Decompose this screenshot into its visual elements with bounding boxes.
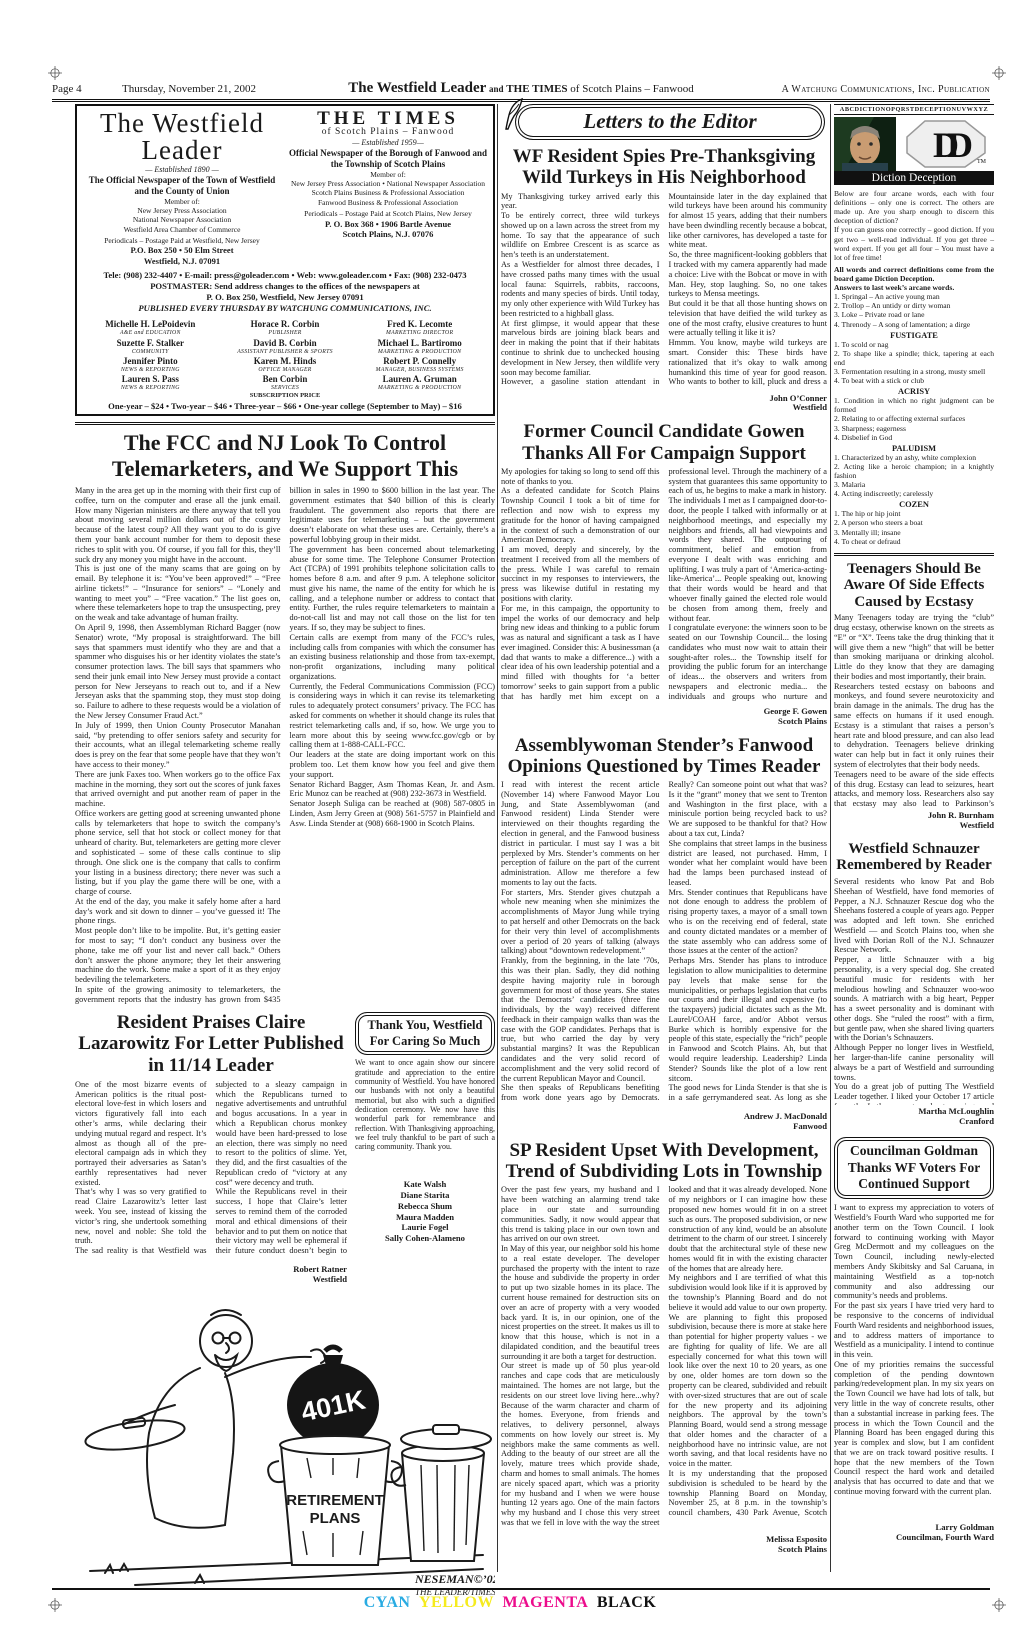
article-body: Several residents who know Pat and Bob S… bbox=[834, 877, 994, 1105]
goldman-article: Councilman Goldman Thanks WF Voters For … bbox=[834, 1137, 994, 1543]
diction-header: DD TM bbox=[834, 117, 994, 171]
signature-name: George F. Gowen bbox=[764, 706, 827, 716]
running-head: Page 4 Thursday, November 21, 2002 The W… bbox=[52, 80, 990, 98]
diction-alphabet-strip: ABCDICTIONOPQRSTDECEPTIONUVWXYZ bbox=[834, 104, 994, 115]
signature-name: Martha McLoughlin bbox=[918, 1106, 994, 1116]
diction-caption: Diction Deception bbox=[834, 171, 994, 185]
goldman-box-title: Councilman Goldman Thanks WF Voters For … bbox=[834, 1137, 994, 1200]
letter-headline: SP Resident Upset With Development, Tren… bbox=[501, 1140, 827, 1183]
times-title: THE TIMES bbox=[289, 110, 487, 127]
cartoonist-signature: NESEMAN©’02 bbox=[414, 1572, 495, 1586]
right-column: ABCDICTIONOPQRSTDECEPTIONUVWXYZ DD TM Di… bbox=[834, 104, 994, 1543]
letter-stender: Assemblywoman Stender’s Fanwood Opinions… bbox=[501, 735, 827, 1132]
color-registration-bar: CYAN YELLOW MAGENTA BLACK bbox=[0, 1594, 1020, 1612]
masthead-box: The Westfield Leader — Established 1890 … bbox=[75, 104, 495, 416]
registration-mark-icon bbox=[992, 66, 1006, 80]
signature-name: John O’Conner bbox=[769, 393, 827, 403]
cartoon-illustration: 401K RETIREMENT PLANS bbox=[75, 1293, 495, 1601]
letters-column: Letters to the Editor WF Resident Spies … bbox=[501, 104, 827, 1555]
signature-place: Scotch Plains bbox=[778, 1544, 827, 1554]
registration-mark-icon bbox=[48, 66, 62, 80]
signature-name: Larry Goldman bbox=[936, 1522, 995, 1532]
diction-word-3: PALUDISM1. Characterized by an ashy, whi… bbox=[834, 444, 994, 499]
letter-turkeys: WF Resident Spies Pre-Thanksgiving Wild … bbox=[501, 146, 827, 413]
signature-place: Cranford bbox=[959, 1116, 994, 1126]
editorial-headline: The FCC and NJ Look To Control Telemarke… bbox=[96, 430, 474, 481]
svg-text:TM: TM bbox=[977, 159, 987, 165]
ecstasy-article: Teenagers Should Be Aware Of Side Effect… bbox=[834, 553, 994, 831]
cartoon-can-label-2: PLANS bbox=[310, 1510, 361, 1527]
black-label: BLACK bbox=[597, 1594, 656, 1611]
letter-gowen: Former Council Candidate Gowen Thanks Al… bbox=[501, 421, 827, 726]
diction-word-1: FUSTIGATE1. To scold or nag 2. To shape … bbox=[834, 331, 994, 386]
lazarowitz-headline: Resident Praises Claire Lazarowitz For L… bbox=[75, 1012, 347, 1076]
running-title: The Westfield Leader and THE TIMES of Sc… bbox=[322, 80, 720, 97]
contact-block: Tele: (908) 232-4407 • E-mail: press@gol… bbox=[83, 270, 487, 315]
article-headline: Westfield Schnauzer Remembered by Reader bbox=[834, 841, 994, 874]
signature-place: Scotch Plains bbox=[778, 716, 827, 726]
diction-answers-header: Answers to last week’s arcane words. bbox=[834, 283, 994, 292]
signature-place: Westfield bbox=[313, 1274, 347, 1284]
editorial-cartoon: 401K RETIREMENT PLANS bbox=[75, 1293, 495, 1606]
diction-word-4: COZEN1. The hip or hip joint 2. A person… bbox=[834, 500, 994, 545]
thank-you-names: Kate Walsh Diane Starita Rebecca Shum Ma… bbox=[355, 1179, 495, 1243]
diction-word-2: ACRISY1. Condition in which no right jud… bbox=[834, 387, 994, 442]
article-body: Many Teenagers today are trying the “clu… bbox=[834, 613, 994, 809]
thank-you-column: Thank You, Westfield For Caring So Much … bbox=[355, 1012, 495, 1285]
signature-place: Westfield bbox=[960, 820, 994, 830]
article-headline: Teenagers Should Be Aware Of Side Effect… bbox=[834, 561, 994, 611]
signature-place: Fanwood bbox=[793, 1121, 827, 1131]
article-body: I want to express my appreciation to vot… bbox=[834, 1203, 994, 1521]
signature-name: John R. Burnham bbox=[928, 810, 994, 820]
signature-place: Westfield bbox=[793, 402, 827, 412]
lazarowitz-section: Resident Praises Claire Lazarowitz For L… bbox=[75, 1012, 495, 1285]
masthead-leader: The Westfield Leader — Established 1890 … bbox=[83, 110, 281, 267]
lazarowitz-body: One of the most bizarre events of Americ… bbox=[75, 1080, 347, 1263]
column-rule bbox=[830, 104, 831, 1572]
subscription-price: One-year – $24 • Two-year – $46 • Three-… bbox=[83, 401, 487, 411]
editorial-body: Many in the area get up in the morning w… bbox=[75, 486, 495, 1006]
magenta-label: MAGENTA bbox=[502, 1594, 588, 1611]
letter-headline: Former Council Candidate Gowen Thanks Al… bbox=[501, 421, 827, 464]
diction-source-line: All words and correct definitions come f… bbox=[834, 265, 994, 283]
left-column: The Westfield Leader — Established 1890 … bbox=[75, 104, 495, 1606]
publication-credit: A Watchung Communications, Inc. Publicat… bbox=[720, 84, 990, 95]
signature-name: Melissa Esposito bbox=[766, 1534, 827, 1544]
letter-body: My apologies for taking so long to send … bbox=[501, 467, 827, 705]
quill-icon bbox=[502, 97, 528, 131]
diction-intro: Below are four arcane words, each with f… bbox=[834, 189, 994, 262]
cyan-label: CYAN bbox=[364, 1594, 411, 1611]
thank-you-box-title: Thank You, Westfield For Caring So Much bbox=[355, 1012, 495, 1055]
letter-body: My Thanksgiving turkey arrived early thi… bbox=[501, 192, 827, 392]
letter-body: Over the past few years, my husband and … bbox=[501, 1185, 827, 1533]
diction-deception-logo: DD TM bbox=[896, 117, 994, 171]
leader-title: The Westfield Leader bbox=[83, 110, 281, 164]
diction-answers: 1. Springal – An active young man 2. Tro… bbox=[834, 292, 994, 328]
letter-headline: Assemblywoman Stender’s Fanwood Opinions… bbox=[501, 735, 827, 778]
letter-headline: WF Resident Spies Pre-Thanksgiving Wild … bbox=[501, 146, 827, 189]
columnist-photo bbox=[834, 117, 896, 171]
letters-banner: Letters to the Editor bbox=[515, 104, 825, 140]
yellow-label: YELLOW bbox=[419, 1594, 494, 1611]
bottom-rule bbox=[52, 1588, 990, 1590]
editorial-section: The FCC and NJ Look To Control Telemarke… bbox=[75, 422, 495, 1006]
thank-you-body: We want to once again show our sincere g… bbox=[355, 1058, 495, 1176]
masthead-times: THE TIMES of Scotch Plains – Fanwood — E… bbox=[289, 110, 487, 267]
issue-date: Thursday, November 21, 2002 bbox=[122, 83, 322, 95]
column-rule bbox=[497, 104, 498, 1572]
signature-place: Councilman, Fourth Ward bbox=[896, 1532, 994, 1542]
signature-name: Andrew J. MacDonald bbox=[744, 1111, 827, 1121]
letter-body: I read with interest the recent article … bbox=[501, 780, 827, 1110]
letter-subdividing: SP Resident Upset With Development, Tren… bbox=[501, 1140, 827, 1555]
staff-list: Michelle H. LePoidevinA&E and EDUCATION … bbox=[83, 318, 487, 399]
signature-name: Robert Ratner bbox=[293, 1264, 347, 1274]
newspaper-page: Page 4 Thursday, November 21, 2002 The W… bbox=[0, 0, 1020, 1632]
schnauzer-article: Westfield Schnauzer Remembered by Reader… bbox=[834, 841, 994, 1127]
cartoon-can-label-1: RETIREMENT bbox=[286, 1492, 384, 1509]
page-number: Page 4 bbox=[52, 83, 122, 95]
